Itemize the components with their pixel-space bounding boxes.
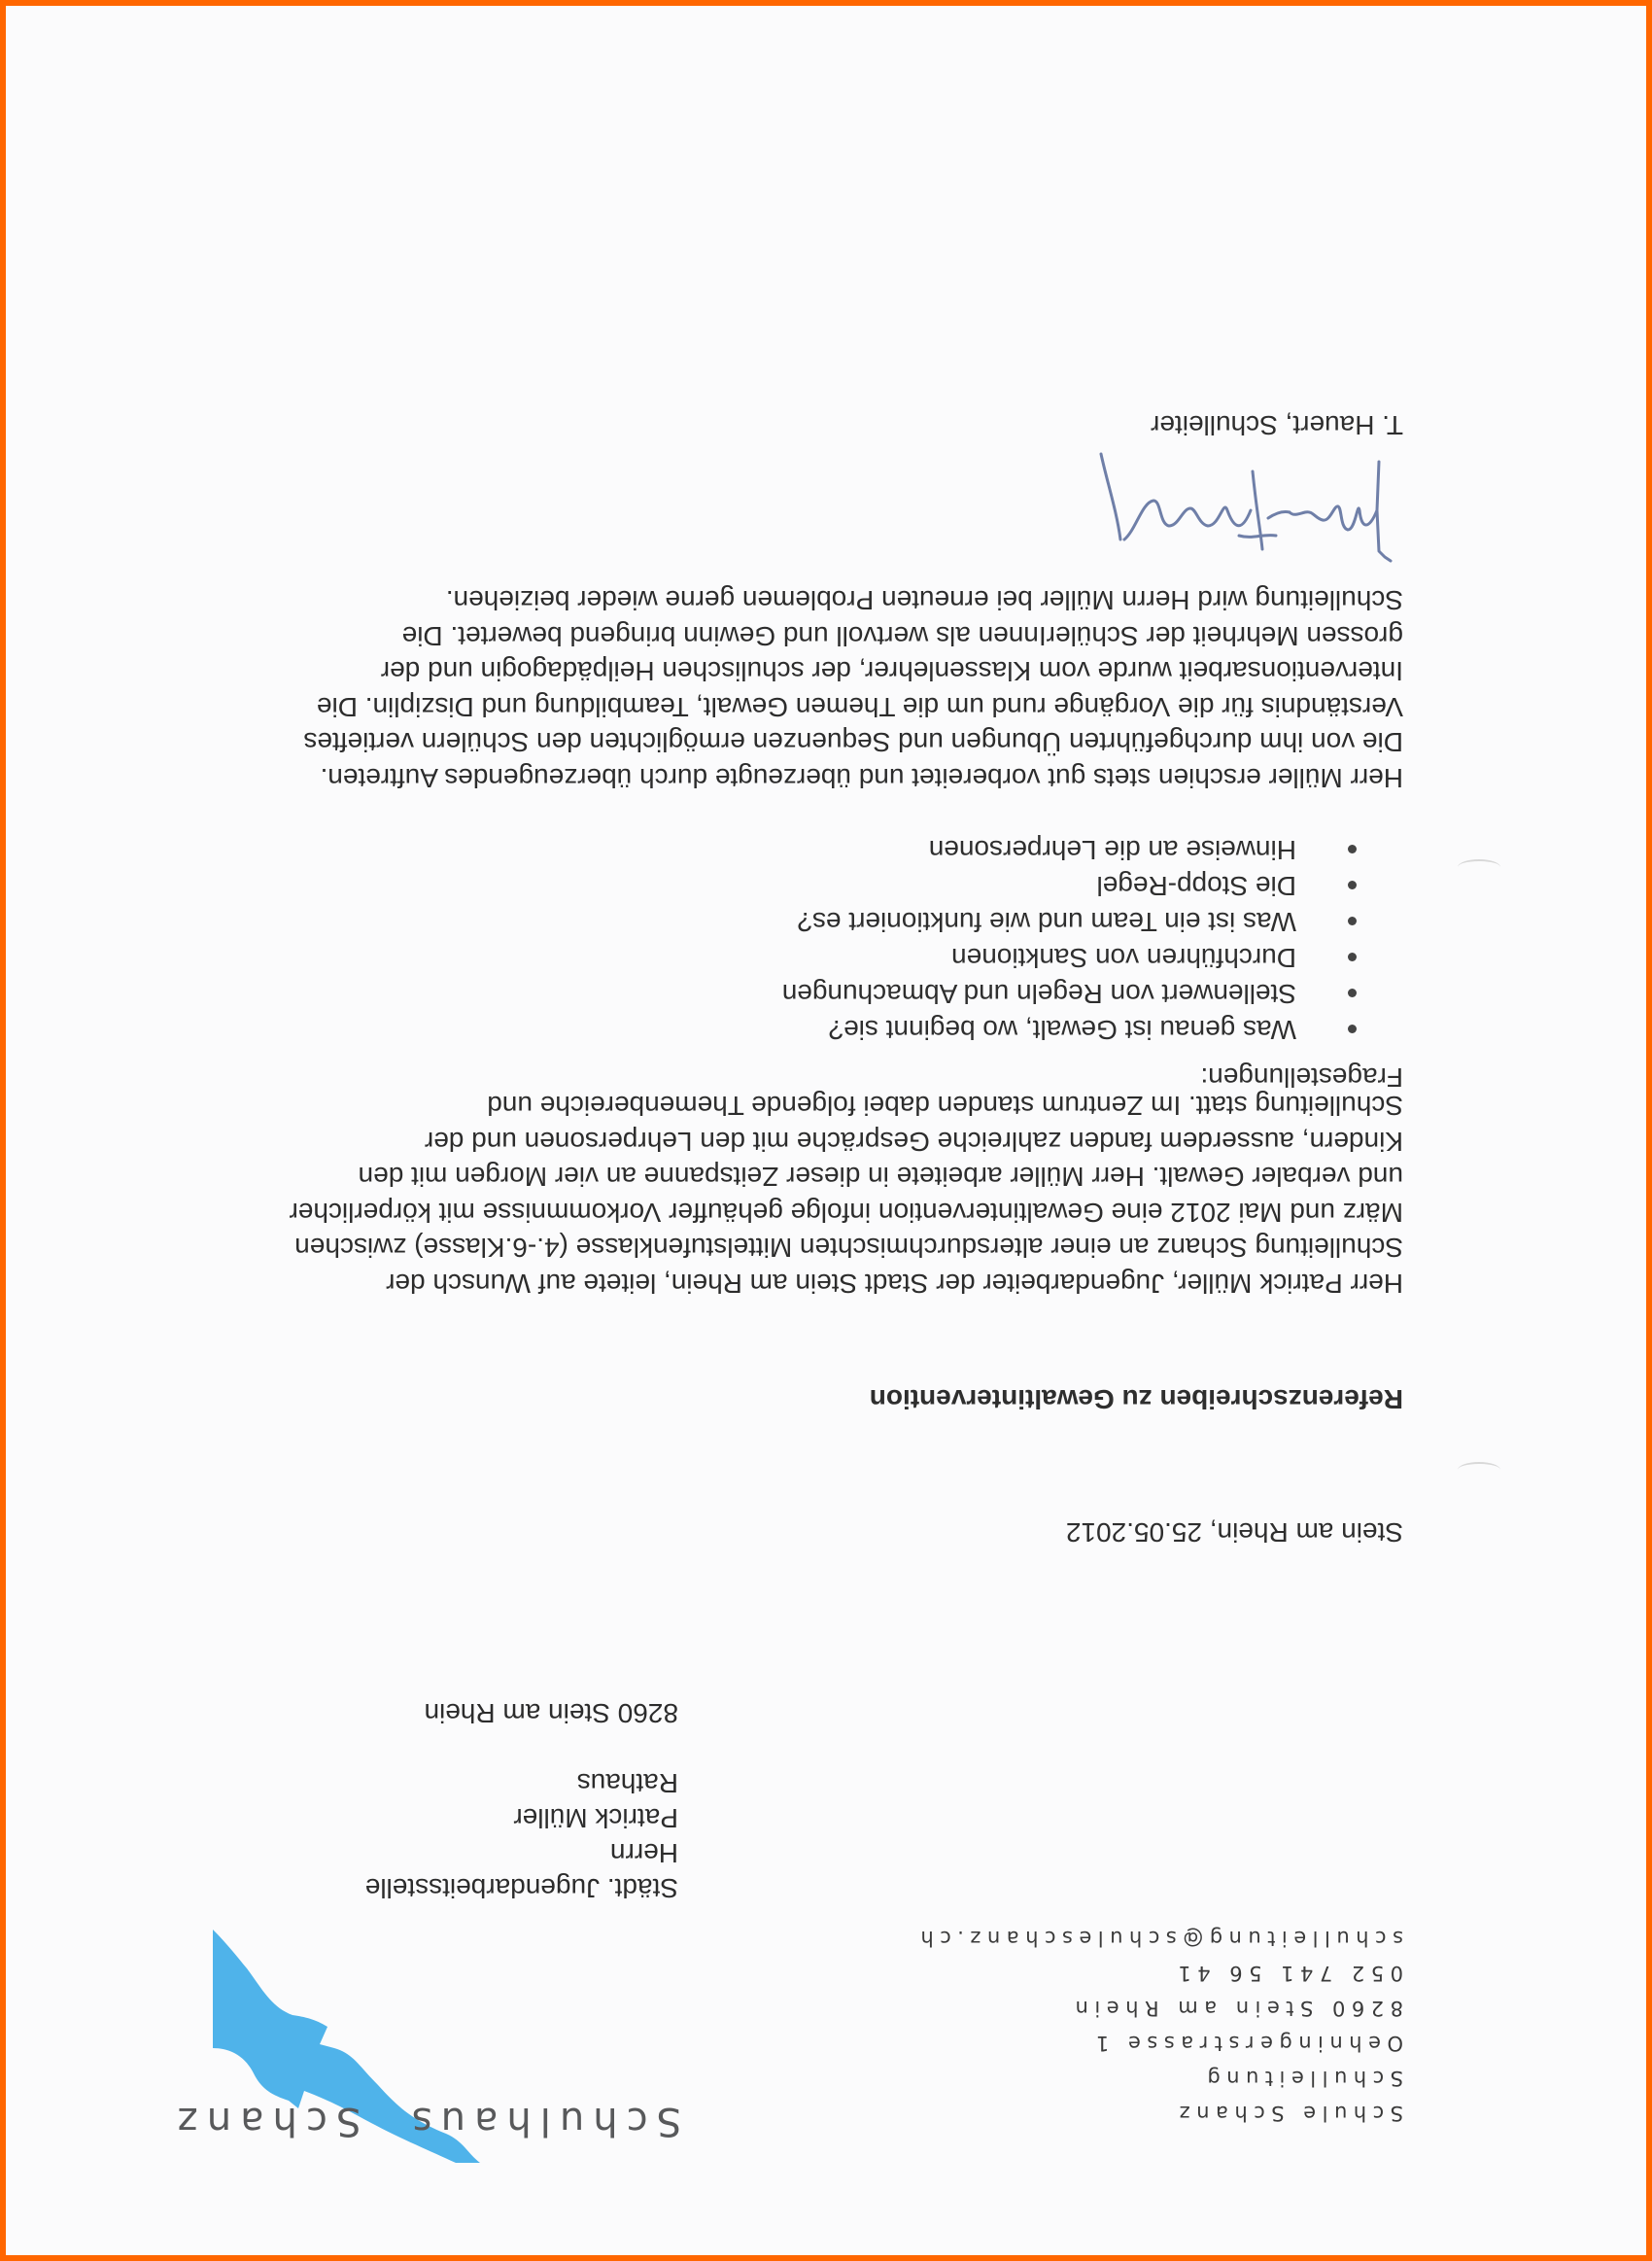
body-line: Herr Patrick Müller, Jugendarbeiter der … [198, 1266, 1403, 1302]
handwritten-signature [1039, 442, 1398, 569]
recipient-address: Städt. Jugendarbeitsstelle Herrn Patrick… [365, 1695, 678, 1905]
list-item: Durchführen von Sanktionen [782, 940, 1403, 976]
school-logo: Schulhaus Schanz [145, 1930, 689, 2163]
topics-list: Was genau ist Gewalt, wo beginnt sie? St… [782, 832, 1403, 1048]
body-line: grossen Mehrheit der SchülerInnen als we… [198, 618, 1403, 654]
sender-email: schulleitung@schuleschanz.ch [914, 1921, 1403, 1956]
list-item: Stellenwert von Regeln und Abmachungen [782, 976, 1403, 1012]
topic-text: Die Stopp-Regel [1097, 871, 1296, 901]
body-line: Herr Müller erschien stets gut vorbereit… [198, 760, 1403, 796]
bullet-icon [1348, 917, 1357, 925]
body-line: und verbaler Gewalt. Herr Müller arbeite… [198, 1159, 1403, 1195]
body-line: Schulleitung wird Herrn Müller bei erneu… [198, 582, 1403, 618]
topic-text: Was genau ist Gewalt, wo beginnt sie? [829, 1015, 1296, 1045]
list-item: Die Stopp-Regel [782, 868, 1403, 904]
sender-address: Schule Schanz Schulleitung Oehningerstra… [914, 1921, 1403, 2131]
signature-icon [1039, 442, 1398, 569]
sender-line: Schule Schanz [914, 2096, 1403, 2131]
bullet-icon [1348, 1025, 1357, 1033]
recipient-line: Herrn [365, 1835, 678, 1870]
scan-artifact [1458, 1462, 1500, 1478]
body-paragraph-2: Herr Müller erschien stets gut vorbereit… [198, 582, 1403, 795]
topic-text: Hinweise an die Lehrpersonen [929, 835, 1296, 865]
sender-line: Oehningerstrasse 1 [914, 2026, 1403, 2061]
bullet-icon [1348, 953, 1357, 961]
sender-phone: 052 741 56 41 [914, 1956, 1403, 1991]
body-line: Schulleitung statt. Im Zentrum standen d… [198, 1088, 1403, 1124]
body-paragraph-1: Herr Patrick Müller, Jugendarbeiter der … [198, 1088, 1403, 1301]
list-item: Hinweise an die Lehrpersonen [782, 832, 1403, 868]
list-item: Was genau ist Gewalt, wo beginnt sie? [782, 1012, 1403, 1048]
logo-wordmark: Schulhaus Schanz [169, 2099, 681, 2143]
topic-text: Stellenwert von Regeln und Abmachungen [782, 979, 1296, 1009]
letter-page: Schulhaus Schanz Schule Schanz Schulleit… [6, 6, 1646, 2255]
date-line: Stein am Rhein, 25.05.2012 [1066, 1516, 1403, 1548]
recipient-city: 8260 Stein am Rhein [365, 1695, 678, 1730]
body-line: Schulleitung Schanz an einer altersdurch… [198, 1230, 1403, 1266]
recipient-line: Städt. Jugendarbeitsstelle [365, 1870, 678, 1905]
subject-heading: Referenzschreiben zu Gewaltintervention [870, 1383, 1403, 1414]
topics-intro: Fragestellungen: [1200, 1061, 1403, 1093]
recipient-line: Rathaus [365, 1765, 678, 1800]
topic-text: Durchführen von Sanktionen [951, 943, 1296, 973]
bullet-icon [1348, 881, 1357, 889]
sender-line: 8260 Stein am Rhein [914, 1991, 1403, 2026]
scan-artifact [1458, 859, 1500, 875]
body-line: Die von ihm durchgeführten Übungen und S… [198, 724, 1403, 760]
body-line: Interventionsarbeit wurde vom Klassenleh… [198, 653, 1403, 689]
recipient-line: Patrick Müller [365, 1800, 678, 1835]
sender-line: Schulleitung [914, 2061, 1403, 2096]
body-line: März und Mai 2012 eine Gewaltinterventio… [198, 1195, 1403, 1231]
signer-name: T. Hauert, Schulleiter [1151, 409, 1403, 440]
body-line: Kindern, ausserdem fanden zahlreiche Ges… [198, 1124, 1403, 1160]
bullet-icon [1348, 989, 1357, 997]
bullet-icon [1348, 845, 1357, 853]
list-item: Was ist ein Team und wie funktioniert es… [782, 904, 1403, 940]
body-line: Verständnis für die Vorgänge rund um die… [198, 689, 1403, 725]
topic-text: Was ist ein Team und wie funktioniert es… [797, 907, 1296, 937]
